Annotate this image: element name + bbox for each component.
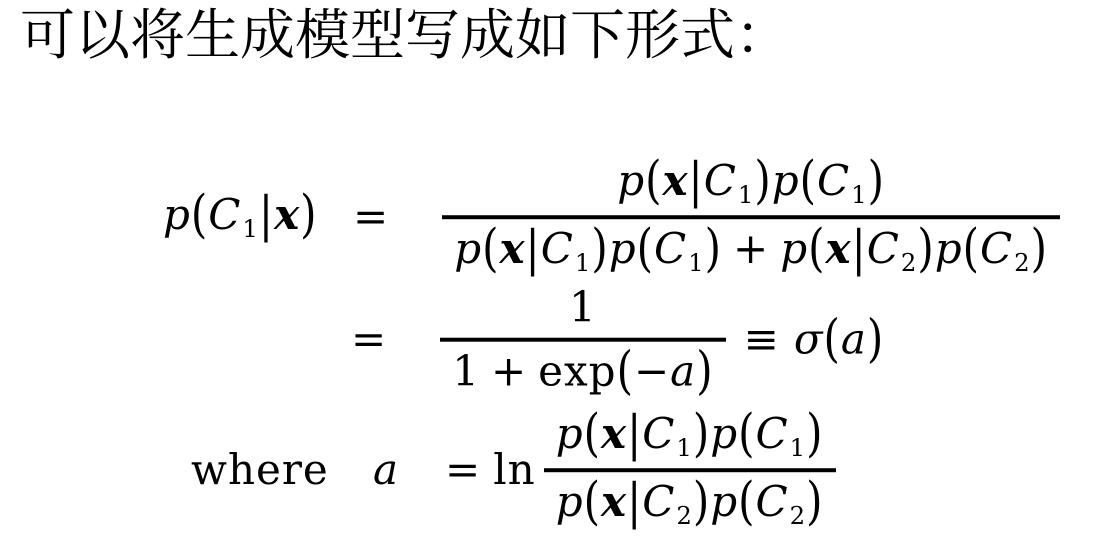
denominator: p(x|C1)p(C1)+p(x|C2)p(C2) xyxy=(442,215,1060,277)
glyph-equiv: ≡ xyxy=(744,316,780,364)
term-p-x-given-c2-p-c2: p(x|C2)p(C2) xyxy=(556,477,824,526)
term-posterior-p-c1-given-x: p(C1|x) xyxy=(163,191,353,243)
glyph-lparen: ( xyxy=(808,219,825,278)
fraction-log-odds: p(x|C1)p(C1) p(x|C2)p(C2) xyxy=(544,410,836,530)
fraction-bayes: p(x|C1)p(C1) p(x|C1)p(C1)+p(x|C2)p(C2) xyxy=(442,157,1060,277)
glyph-lparen: ( xyxy=(617,342,634,401)
glyph-C: C xyxy=(704,156,737,205)
word-ln: ln xyxy=(493,446,535,494)
denominator: 1+exp(−a) xyxy=(440,338,725,396)
glyph-vbar: | xyxy=(259,187,274,243)
glyph-rparen: ) xyxy=(693,472,710,531)
glyph-C: C xyxy=(642,409,675,458)
glyph-plus: + xyxy=(733,224,769,273)
numerator: p(x|C1)p(C1) xyxy=(544,410,836,468)
denominator: p(x|C2)p(C2) xyxy=(544,468,836,530)
glyph-plus: + xyxy=(491,347,527,396)
glyph-C: C xyxy=(654,224,687,273)
glyph-lparen: ( xyxy=(738,472,755,531)
glyph-vbar: | xyxy=(526,221,541,277)
glyph-p: p xyxy=(780,224,808,273)
glyph-rparen: ) xyxy=(705,219,722,278)
glyph-lparen: ( xyxy=(482,219,499,278)
glyph-lparen: ( xyxy=(584,472,601,531)
glyph-equals: = xyxy=(445,446,481,494)
glyph-sub-2: 2 xyxy=(675,501,693,530)
glyph-vbar: | xyxy=(689,153,704,209)
glyph-p: p xyxy=(710,477,738,526)
glyph-C: C xyxy=(980,224,1013,273)
glyph-C: C xyxy=(867,224,900,273)
glyph-p: p xyxy=(710,409,738,458)
glyph-p: p xyxy=(935,224,963,273)
glyph-rparen: ) xyxy=(591,219,608,278)
glyph-lparen: ( xyxy=(738,404,755,463)
glyph-p: p xyxy=(609,224,637,273)
glyph-vbar: | xyxy=(852,221,867,277)
glyph-vbar: | xyxy=(627,474,642,530)
glyph-x: x xyxy=(499,224,525,273)
glyph-rparen: ) xyxy=(917,219,934,278)
glyph-sub-1: 1 xyxy=(687,248,705,277)
equation-line-2: = 1 1+exp(−a) ≡ σ(a) xyxy=(351,284,884,397)
glyph-sub-1: 1 xyxy=(737,180,755,209)
glyph-sub-2: 2 xyxy=(789,501,807,530)
glyph-p: p xyxy=(454,224,482,273)
glyph-x: x xyxy=(663,156,689,205)
glyph-sigma: σ xyxy=(794,315,824,364)
glyph-lparen: ( xyxy=(191,185,208,244)
numerator: p(x|C1)p(C1) xyxy=(605,157,897,215)
glyph-one: 1 xyxy=(569,283,597,332)
glyph-rparen: ) xyxy=(867,310,884,369)
glyph-sub-2: 2 xyxy=(900,248,918,277)
glyph-vbar: | xyxy=(627,406,642,462)
page-title: 可以将生成模型写成如下形式： xyxy=(20,2,790,68)
term-sigma-of-a: σ(a) xyxy=(794,316,885,364)
equation-line-3: where a = ln p(x|C1)p(C1) p(x|C2)p(C2) xyxy=(191,410,836,530)
glyph-sub-1: 1 xyxy=(789,433,807,462)
glyph-rparen: ) xyxy=(1031,219,1048,278)
word-exp: exp xyxy=(538,347,616,396)
glyph-x: x xyxy=(601,477,627,526)
numerator: 1 xyxy=(557,284,609,338)
glyph-rparen: ) xyxy=(300,185,317,244)
glyph-lparen: ( xyxy=(823,310,840,369)
glyph-p: p xyxy=(556,409,584,458)
fraction-sigmoid: 1 1+exp(−a) xyxy=(440,284,725,397)
glyph-x: x xyxy=(274,190,300,239)
glyph-rparen: ) xyxy=(806,404,823,463)
glyph-C: C xyxy=(208,190,241,239)
glyph-lparen: ( xyxy=(637,219,654,278)
glyph-x: x xyxy=(601,409,627,458)
glyph-rparen: ) xyxy=(806,472,823,531)
glyph-lparen: ( xyxy=(800,151,817,210)
equation-line-1: p(C1|x) = p(x|C1)p(C1) p(x|C1)p(C1)+p(x|… xyxy=(163,157,1060,277)
term-p-x-given-c2-p-c2: p(x|C2)p(C2) xyxy=(780,224,1048,273)
glyph-p: p xyxy=(617,156,645,205)
glyph-lparen: ( xyxy=(645,151,662,210)
glyph-p: p xyxy=(772,156,800,205)
glyph-C: C xyxy=(756,477,789,526)
glyph-rparen: ) xyxy=(754,151,771,210)
glyph-C: C xyxy=(817,156,850,205)
glyph-C: C xyxy=(756,409,789,458)
glyph-minus: − xyxy=(634,347,670,396)
glyph-lparen: ( xyxy=(584,404,601,463)
glyph-sub-1: 1 xyxy=(675,433,693,462)
glyph-rparen: ) xyxy=(868,151,885,210)
glyph-x: x xyxy=(826,224,852,273)
glyph-rparen: ) xyxy=(696,342,713,401)
term-p-x-given-c1-p-c1: p(x|C1)p(C1) xyxy=(617,156,885,205)
term-p-x-given-c1-p-c1: p(x|C1)p(C1) xyxy=(556,409,824,458)
term-p-x-given-c1-p-c1: p(x|C1)p(C1) xyxy=(454,224,722,273)
glyph-sub-1: 1 xyxy=(850,180,868,209)
glyph-a: a xyxy=(373,446,399,494)
word-where: where xyxy=(191,446,373,494)
glyph-equals: = xyxy=(351,316,387,364)
glyph-rparen: ) xyxy=(693,404,710,463)
glyph-sub-1: 1 xyxy=(574,248,592,277)
glyph-lparen: ( xyxy=(963,219,980,278)
glyph-one: 1 xyxy=(452,347,480,396)
glyph-sub-2: 2 xyxy=(1013,248,1031,277)
glyph-p: p xyxy=(163,190,191,239)
glyph-p: p xyxy=(556,477,584,526)
glyph-a: a xyxy=(841,315,867,364)
glyph-a: a xyxy=(670,347,696,396)
glyph-sub-1: 1 xyxy=(241,214,259,243)
glyph-equals: = xyxy=(353,193,389,241)
glyph-C: C xyxy=(541,224,574,273)
glyph-C: C xyxy=(642,477,675,526)
